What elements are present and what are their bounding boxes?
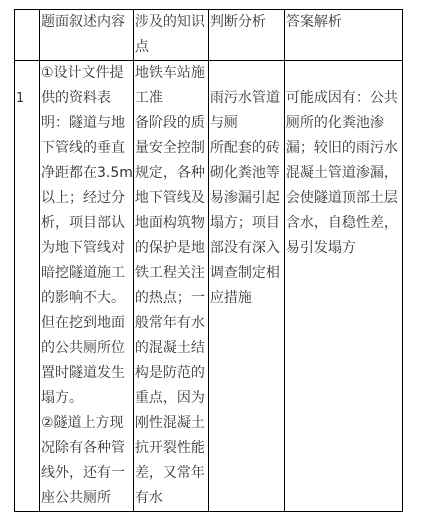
- content-cell: ①设计文件提 供的资料表 明：隧道与地 下管线的垂直 净距都在3.5m 以上；经…: [40, 61, 134, 512]
- knowledge-line: 地铁车站施: [135, 61, 208, 86]
- knowledge-line: 的热点；一: [135, 286, 208, 311]
- row-index-cell: 1: [15, 61, 40, 512]
- knowledge-line: 的混凝土结: [135, 336, 208, 361]
- content-line: 明：隧道与地: [41, 111, 133, 136]
- knowledge-line: 量安全控制: [135, 136, 208, 161]
- knowledge-line: 刚性混凝土: [135, 411, 208, 436]
- answer-line: 可能成因有：公共: [286, 86, 402, 111]
- analysis-table: 题面叙述内容 涉及的知识 点 判断分析 答案解析 1 ①设计文件提 供的资料表 …: [14, 9, 403, 512]
- table-row: 1 ①设计文件提 供的资料表 明：隧道与地 下管线的垂直 净距都在3.5m 以上…: [15, 61, 403, 512]
- header-knowledge-cell: 涉及的知识 点: [133, 10, 208, 61]
- content-line: 线外，还有一: [41, 461, 133, 486]
- knowledge-line: 构是防范的: [135, 361, 208, 386]
- content-line: 为地下管线对: [41, 236, 133, 261]
- analysis-line: 所配套的砖: [210, 136, 284, 161]
- knowledge-line: 备阶段的质: [135, 111, 208, 136]
- answer-line: 混凝土管道渗漏，: [286, 161, 402, 186]
- knowledge-line: 有水: [135, 486, 208, 511]
- header-index-cell: [15, 10, 40, 61]
- header-knowledge-label-line2: 点: [135, 35, 208, 60]
- knowledge-line: 工准: [135, 86, 208, 111]
- header-content-label: 题面叙述内容: [41, 10, 133, 35]
- content-line: ②隧道上方现: [41, 411, 133, 436]
- answer-cell: 可能成因有：公共 厕所的化粪池渗 漏；较旧的雨污水 混凝土管道渗漏， 会使隧道顶…: [284, 61, 402, 512]
- analysis-spacer: [210, 61, 284, 86]
- content-line: 塌方。: [41, 386, 133, 411]
- content-line: 供的资料表: [41, 86, 133, 111]
- content-line: 下管线的垂直: [41, 136, 133, 161]
- content-line: 净距都在3.5m: [41, 161, 133, 186]
- header-content-cell: 题面叙述内容: [40, 10, 134, 61]
- answer-spacer: [286, 61, 402, 86]
- analysis-line: 应措施: [210, 286, 284, 311]
- content-line: 暗挖隧道施工: [41, 261, 133, 286]
- knowledge-line: 地下管线及: [135, 186, 208, 211]
- answer-line: 含水，自稳性差，: [286, 211, 402, 236]
- knowledge-cell: 地铁车站施 工准 备阶段的质 量安全控制 规定，各种 地下管线及 地面构筑物 的…: [133, 61, 208, 512]
- content-line: ①设计文件提: [41, 61, 133, 86]
- answer-line: 厕所的化粪池渗: [286, 111, 402, 136]
- content-line: 的公共厕所位: [41, 336, 133, 361]
- content-line: 况除有各种管: [41, 436, 133, 461]
- content-line: 但在挖到地面: [41, 311, 133, 336]
- content-line: 析，项目部认: [41, 211, 133, 236]
- analysis-line: 塌方；项目: [210, 211, 284, 236]
- analysis-line: 部没有深入: [210, 236, 284, 261]
- header-analysis-label: 判断分析: [210, 10, 284, 35]
- knowledge-line: 般常年有水: [135, 311, 208, 336]
- content-line: 置时隧道发生: [41, 361, 133, 386]
- knowledge-line: 的保护是地: [135, 236, 208, 261]
- content-line: 以上；经过分: [41, 186, 133, 211]
- answer-line: 会使隧道顶部土层: [286, 186, 402, 211]
- row-index: 1: [16, 61, 39, 111]
- analysis-line: 易渗漏引起: [210, 186, 284, 211]
- answer-line: 漏；较旧的雨污水: [286, 136, 402, 161]
- analysis-line: 雨污水管道: [210, 86, 284, 111]
- knowledge-line: 抗开裂性能: [135, 436, 208, 461]
- knowledge-line: 铁工程关注: [135, 261, 208, 286]
- header-knowledge-label-line1: 涉及的知识: [135, 10, 208, 35]
- knowledge-line: 差，又常年: [135, 461, 208, 486]
- answer-line: 易引发塌方: [286, 236, 402, 261]
- header-answer-label: 答案解析: [286, 10, 402, 35]
- table-header-row: 题面叙述内容 涉及的知识 点 判断分析 答案解析: [15, 10, 403, 61]
- analysis-line: 砌化粪池等: [210, 161, 284, 186]
- content-line: 的影响不大。: [41, 286, 133, 311]
- knowledge-line: 地面构筑物: [135, 211, 208, 236]
- knowledge-line: 重点，因为: [135, 386, 208, 411]
- analysis-line: 与厕: [210, 111, 284, 136]
- analysis-cell: 雨污水管道 与厕 所配套的砖 砌化粪池等 易渗漏引起 塌方；项目 部没有深入 调…: [208, 61, 284, 512]
- header-analysis-cell: 判断分析: [208, 10, 284, 61]
- analysis-line: 调查制定相: [210, 261, 284, 286]
- content-line: 座公共厕所: [41, 486, 133, 511]
- knowledge-line: 规定，各种: [135, 161, 208, 186]
- header-answer-cell: 答案解析: [284, 10, 402, 61]
